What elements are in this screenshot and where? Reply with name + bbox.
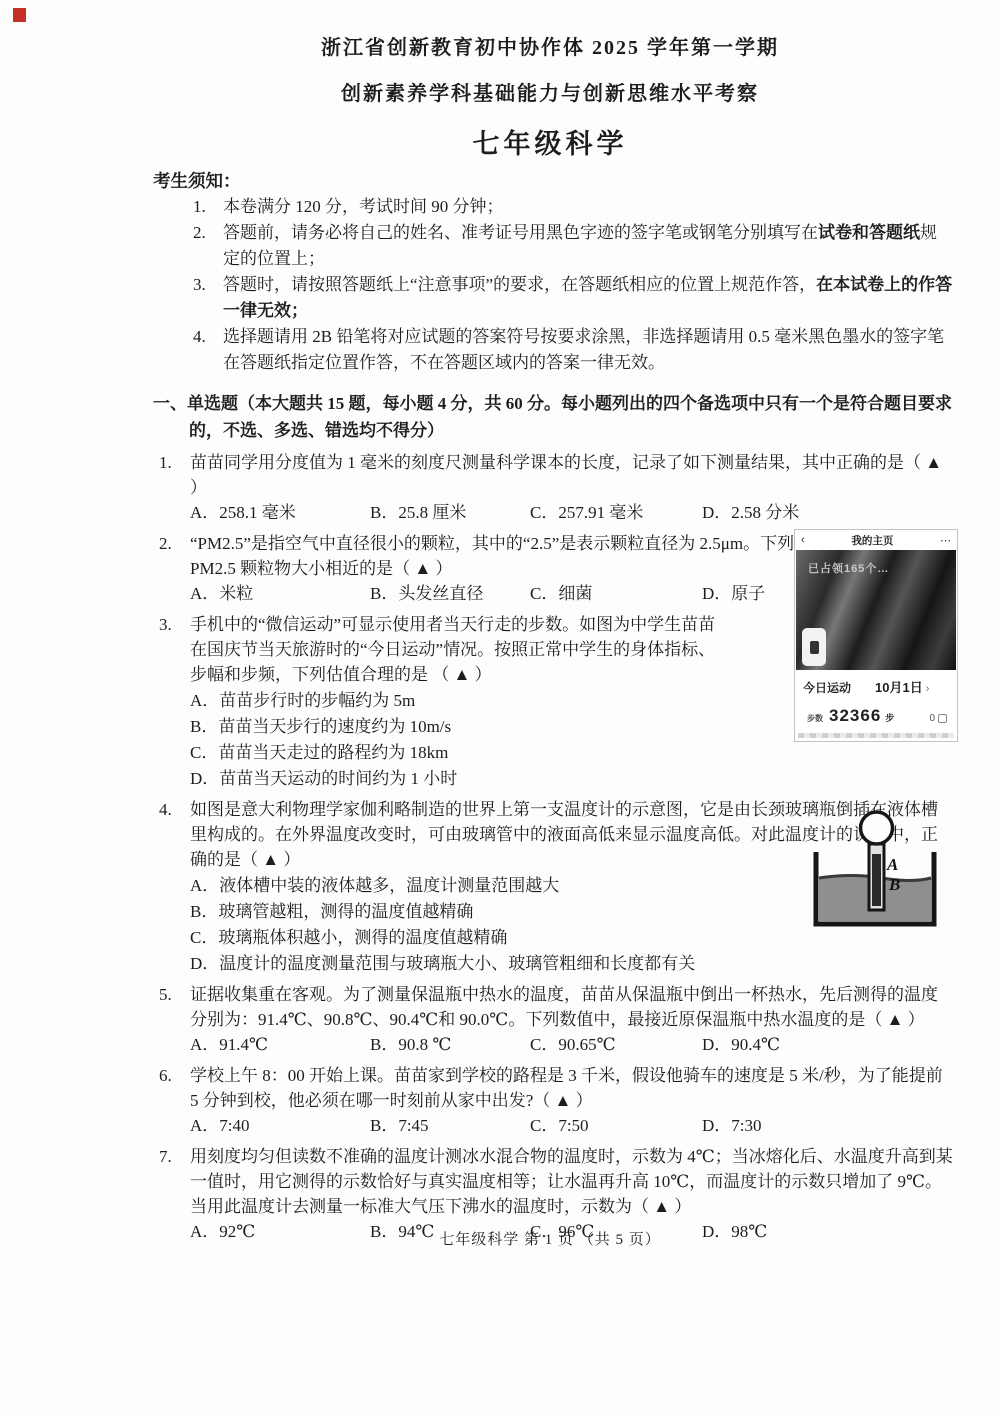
phone-nav-bar: ‹ 我的主页 ⋯ [795, 530, 957, 550]
question-5: 5. 证据收集重在客观。为了测量保温瓶中热水的温度，苗苗从保温瓶中倒出一杯热水，… [153, 982, 953, 1032]
question-5-option-c: C．90.65℃ [530, 1032, 702, 1057]
steps-row: 步数 32366 步 0 [795, 696, 957, 732]
question-2-option-c: C．细菌 [530, 581, 702, 606]
notice-item-2: 2. 答题前，请务必将自己的姓名、准考证号用黑色字迹的签字笔或钢笔分别填写在试卷… [153, 220, 953, 272]
section-description: （本大题共 15 题，每小题 4 分，共 60 分。每小题列出的四个备选项中只有… [189, 394, 952, 440]
question-6: 6. 学校上午 8：00 开始上课。苗苗家到学校的路程是 3 千米，假设他骑车的… [153, 1063, 953, 1113]
question-5-option-b: B．90.8 ℃ [370, 1032, 530, 1057]
question-5-option-d: D．90.4℃ [702, 1032, 953, 1057]
thermometer-drawing: A B [812, 808, 942, 930]
galileo-thermometer-figure: A B [812, 808, 942, 935]
question-7: 7. 用刻度均匀但读数不准确的温度计测冰水混合物的温度时，示数为 4℃；当冰熔化… [153, 1144, 953, 1219]
notice-item-number: 4. [193, 324, 206, 350]
question-6-options: A．7:40 B．7:45 C．7:50 D．7:30 [153, 1113, 953, 1138]
question-1-option-a: A．258.1 毫米 [190, 500, 370, 525]
steps-unit: 步 [885, 711, 894, 724]
question-6-option-d: D．7:30 [702, 1113, 953, 1138]
photo-badge [802, 628, 826, 666]
question-4-option-d: D．温度计的温度测量范围与玻璃瓶大小、玻璃管粗细和长度都有关 [190, 951, 953, 976]
question-1-options: A．258.1 毫米 B．25.8 厘米 C．257.91 毫米 D．2.58 … [153, 500, 953, 525]
question-1-option-d: D．2.58 分米 [702, 500, 953, 525]
question-3-number: 3. [159, 612, 172, 637]
notice-item-number: 1. [193, 194, 206, 220]
question-6-option-b: B．7:45 [370, 1113, 530, 1138]
question-5-options: A．91.4℃ B．90.8 ℃ C．90.65℃ D．90.4℃ [153, 1032, 953, 1057]
question-6-text: 学校上午 8：00 开始上课。苗苗家到学校的路程是 3 千米，假设他骑车的速度是… [190, 1066, 943, 1110]
question-6-number: 6. [159, 1063, 172, 1088]
question-7-number: 7. [159, 1144, 172, 1169]
scan-red-mark [13, 8, 26, 22]
phone-icon [810, 641, 819, 654]
question-6-option-c: C．7:50 [530, 1113, 702, 1138]
label-b: B [888, 875, 900, 894]
question-3-option-d: D．苗苗当天运动的时间约为 1 小时 [190, 766, 953, 791]
question-2-number: 2. [159, 531, 172, 556]
today-exercise-label: 今日运动 [803, 679, 851, 696]
scan-artifact-strip [798, 733, 954, 738]
cover-photo-caption: 已占领165个… [808, 560, 889, 576]
question-5-text: 证据收集重在客观。为了测量保温瓶中热水的温度，苗苗从保温瓶中倒出一杯热水，先后测… [190, 985, 938, 1029]
more-icon: ⋯ [940, 534, 951, 547]
notice-item-emphasis: 试卷和答题纸 [818, 223, 920, 242]
date-label: 10月1日 [875, 677, 923, 696]
notice-item-4: 4. 选择题请用 2B 铅笔将对应试题的答案符号按要求涂黑，非选择题请用 0.5… [153, 324, 953, 376]
exam-subject-title: 七年级科学 [145, 128, 955, 160]
notice-item-1: 1. 本卷满分 120 分，考试时间 90 分钟； [153, 194, 953, 220]
section-header: 一、单选题（本大题共 15 题，每小题 4 分，共 60 分。每小题列出的四个备… [153, 390, 953, 444]
exam-header: 浙江省创新教育初中协作体 2025 学年第一学期 创新素养学科基础能力与创新思维… [145, 0, 955, 160]
today-exercise-row: 今日运动 10月1日 › [795, 670, 957, 696]
likes-count: 0 [929, 713, 947, 724]
question-5-option-a: A．91.4℃ [190, 1032, 370, 1057]
exam-page: 浙江省创新教育初中协作体 2025 学年第一学期 创新素养学科基础能力与创新思维… [0, 0, 1000, 1414]
like-icon [938, 714, 947, 723]
question-4-number: 4. [159, 797, 172, 822]
phone-page-title: 我的主页 [851, 533, 893, 548]
label-a: A [886, 855, 898, 874]
notice-item-text: 选择题请用 2B 铅笔将对应试题的答案符号按要求涂黑，非选择题请用 0.5 毫米… [223, 327, 944, 372]
tube-liquid-column [872, 854, 881, 906]
question-1-option-b: B．25.8 厘米 [370, 500, 530, 525]
exam-title-line2: 创新素养学科基础能力与创新思维水平考察 [145, 82, 955, 106]
steps-label: 步数 [807, 713, 823, 724]
notice-item-text: 答题前，请务必将自己的姓名、准考证号用黑色字迹的签字笔或钢笔分别填写在 [223, 223, 818, 242]
notice-item-text: 答题时，请按照答题纸上“注意事项”的要求，在答题纸相应的位置上规范作答， [223, 275, 816, 294]
likes-value: 0 [929, 713, 935, 724]
notice-item-number: 2. [193, 220, 206, 246]
steps-value: 32366 [829, 706, 881, 726]
question-2-option-a: A．米粒 [190, 581, 370, 606]
question-3-text: 手机中的“微信运动”可显示使用者当天行走的步数。如图为中学生苗苗在国庆节当天旅游… [190, 615, 715, 684]
back-icon: ‹ [801, 534, 805, 546]
question-1: 1. 苗苗同学用分度值为 1 毫米的刻度尺测量科学课本的长度，记录了如下测量结果… [153, 450, 953, 500]
question-1-number: 1. [159, 450, 172, 475]
notice-item-3: 3. 答题时，请按照答题纸上“注意事项”的要求，在答题纸相应的位置上规范作答，在… [153, 272, 953, 324]
cover-photo: 已占领165个… [796, 550, 956, 670]
question-2-option-b: B．头发丝直径 [370, 581, 530, 606]
notice-item-number: 3. [193, 272, 206, 298]
question-7-text: 用刻度均匀但读数不准确的温度计测冰水混合物的温度时，示数为 4℃；当冰熔化后、水… [190, 1147, 953, 1216]
exam-title-line1: 浙江省创新教育初中协作体 2025 学年第一学期 [145, 36, 955, 60]
glass-bulb [861, 812, 893, 844]
question-3-option-c: C．苗苗当天走过的路程约为 18km [190, 740, 953, 765]
section-title: 一、单选题 [153, 394, 238, 413]
question-1-text: 苗苗同学用分度值为 1 毫米的刻度尺测量科学课本的长度，记录了如下测量结果，其中… [190, 453, 942, 497]
notice-item-text: 本卷满分 120 分，考试时间 90 分钟； [223, 197, 504, 216]
question-5-number: 5. [159, 982, 172, 1007]
question-6-option-a: A．7:40 [190, 1113, 370, 1138]
question-1-option-c: C．257.91 毫米 [530, 500, 702, 525]
notice-heading: 考生须知： [153, 168, 953, 194]
wechat-sport-figure: ‹ 我的主页 ⋯ 已占领165个… 今日运动 10月1日 › 步数 32366 … [794, 529, 958, 742]
chevron-right-icon: › [926, 683, 930, 695]
page-footer: 七年级科学 第 1 页 （共 5 页） [145, 1228, 955, 1249]
